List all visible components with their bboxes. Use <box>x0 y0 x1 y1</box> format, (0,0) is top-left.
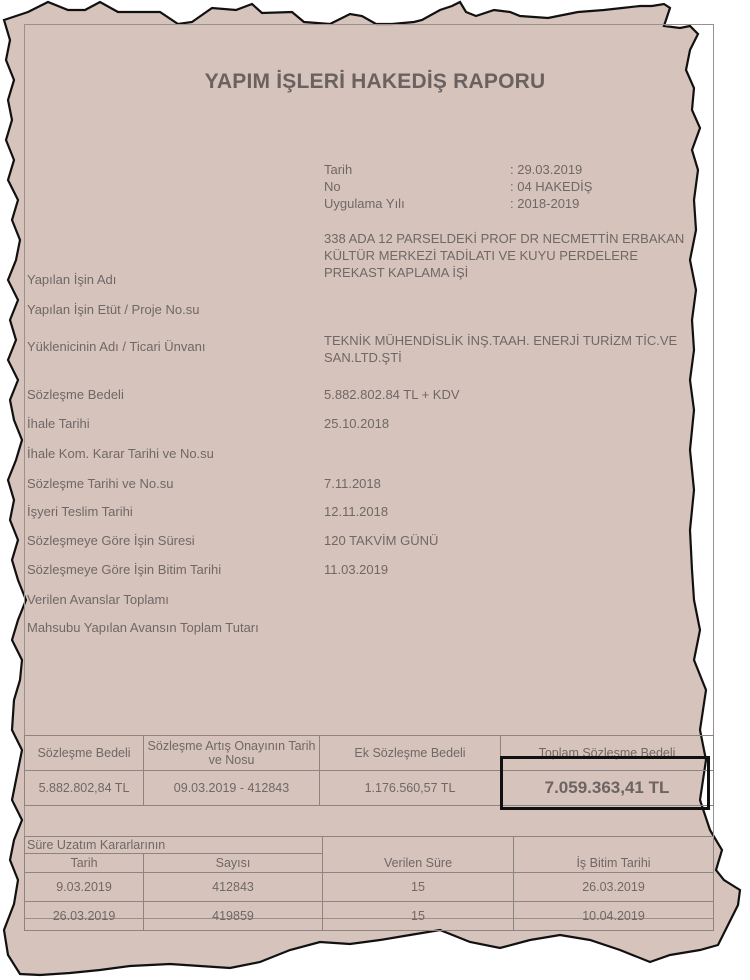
field-label-site-delivery: İşyeri Teslim Tarihi <box>27 504 133 519</box>
field-value-site-delivery: 12.11.2018 <box>324 504 388 519</box>
cell-granted-duration: 15 <box>323 902 514 931</box>
field-value-tender-date: 25.10.2018 <box>324 416 389 431</box>
field-value-contract-price: 5.882.802.84 TL + KDV <box>324 387 460 402</box>
meta-value-no: : 04 HAKEDİŞ <box>510 179 592 194</box>
header-contract-price: Sözleşme Bedeli <box>25 736 144 771</box>
field-label-contract-price: Sözleşme Bedeli <box>27 387 124 402</box>
project-name-line: KÜLTÜR MERKEZİ TADİLATI VE KUYU PERDELER… <box>324 247 714 264</box>
field-value-duration: 120 TAKVİM GÜNÜ <box>324 533 438 548</box>
total-price-highlight-box <box>500 756 710 810</box>
field-label-tender-decision: İhale Kom. Karar Tarihi ve No.su <box>27 446 214 461</box>
cell-date: 9.03.2019 <box>25 873 144 902</box>
contractor-name: TEKNİK MÜHENDİSLİK İNŞ.TAAH. ENERJİ TURİ… <box>324 332 714 366</box>
field-label-advances-total: Verilen Avanslar Toplamı <box>27 592 169 607</box>
field-label-tender-date: İhale Tarihi <box>27 416 90 431</box>
cell-granted-duration: 15 <box>323 873 514 902</box>
field-value-end-date: 11.03.2019 <box>324 562 388 577</box>
field-label-work-name: Yapılan İşin Adı <box>27 272 116 287</box>
cell-date: 26.03.2019 <box>25 902 144 931</box>
cell-end-date: 10.04.2019 <box>514 902 714 931</box>
cell-increase-approval: 09.03.2019 - 412843 <box>144 771 320 806</box>
field-label-end-date: Sözleşmeye Göre İşin Bitim Tarihi <box>27 562 221 577</box>
meta-label-date: Tarih <box>324 162 352 177</box>
header-additional-price: Ek Sözleşme Bedeli <box>320 736 501 771</box>
cell-number: 412843 <box>144 873 323 902</box>
cell-end-date: 26.03.2019 <box>514 873 714 902</box>
extension-decisions-table: Süre Uzatım Kararlarının Verilen Süre İş… <box>24 836 714 931</box>
document-page: YAPIM İŞLERİ HAKEDİŞ RAPORU Tarih : 29.0… <box>0 0 750 980</box>
meta-value-year: : 2018-2019 <box>510 196 579 211</box>
report-title: YAPIM İŞLERİ HAKEDİŞ RAPORU <box>0 70 750 94</box>
header-end-date: İş Bitim Tarihi <box>514 837 714 873</box>
field-value-contract-date: 7.11.2018 <box>324 476 381 491</box>
table-header-row: Süre Uzatım Kararlarının Verilen Süre İş… <box>25 837 714 854</box>
header-increase-approval: Sözleşme Artış Onayının Tarih ve Nosu <box>144 736 320 771</box>
cell-contract-price: 5.882.802,84 TL <box>25 771 144 806</box>
field-label-advance-deduction: Mahsubu Yapılan Avansın Toplam Tutarı <box>27 620 259 635</box>
header-granted-duration: Verilen Süre <box>323 837 514 873</box>
cell-number: 419859 <box>144 902 323 931</box>
table-row: 26.03.2019 419859 15 10.04.2019 <box>25 902 714 931</box>
header-date: Tarih <box>25 854 144 873</box>
contractor-name-line: TEKNİK MÜHENDİSLİK İNŞ.TAAH. ENERJİ TURİ… <box>324 332 714 349</box>
meta-label-year: Uygulama Yılı <box>324 196 405 211</box>
meta-value-date: : 29.03.2019 <box>510 162 582 177</box>
contractor-name-line: SAN.LTD.ŞTİ <box>324 349 714 366</box>
header-number: Sayısı <box>144 854 323 873</box>
field-label-duration: Sözleşmeye Göre İşin Süresi <box>27 533 195 548</box>
table-row: 9.03.2019 412843 15 26.03.2019 <box>25 873 714 902</box>
project-name: 338 ADA 12 PARSELDEKİ PROF DR NECMETTİN … <box>324 230 714 281</box>
field-label-contract-date: Sözleşme Tarihi ve No.su <box>27 476 173 491</box>
project-name-line: PREKAST KAPLAMA İŞİ <box>324 264 714 281</box>
meta-label-no: No <box>324 179 341 194</box>
extension-group-title: Süre Uzatım Kararlarının <box>25 837 323 854</box>
field-label-contractor: Yüklenicinin Adı / Ticari Ünvanı <box>27 339 205 354</box>
cell-additional-price: 1.176.560,57 TL <box>320 771 501 806</box>
project-name-line: 338 ADA 12 PARSELDEKİ PROF DR NECMETTİN … <box>324 230 714 247</box>
field-label-project-no: Yapılan İşin Etüt / Proje No.su <box>27 302 199 317</box>
